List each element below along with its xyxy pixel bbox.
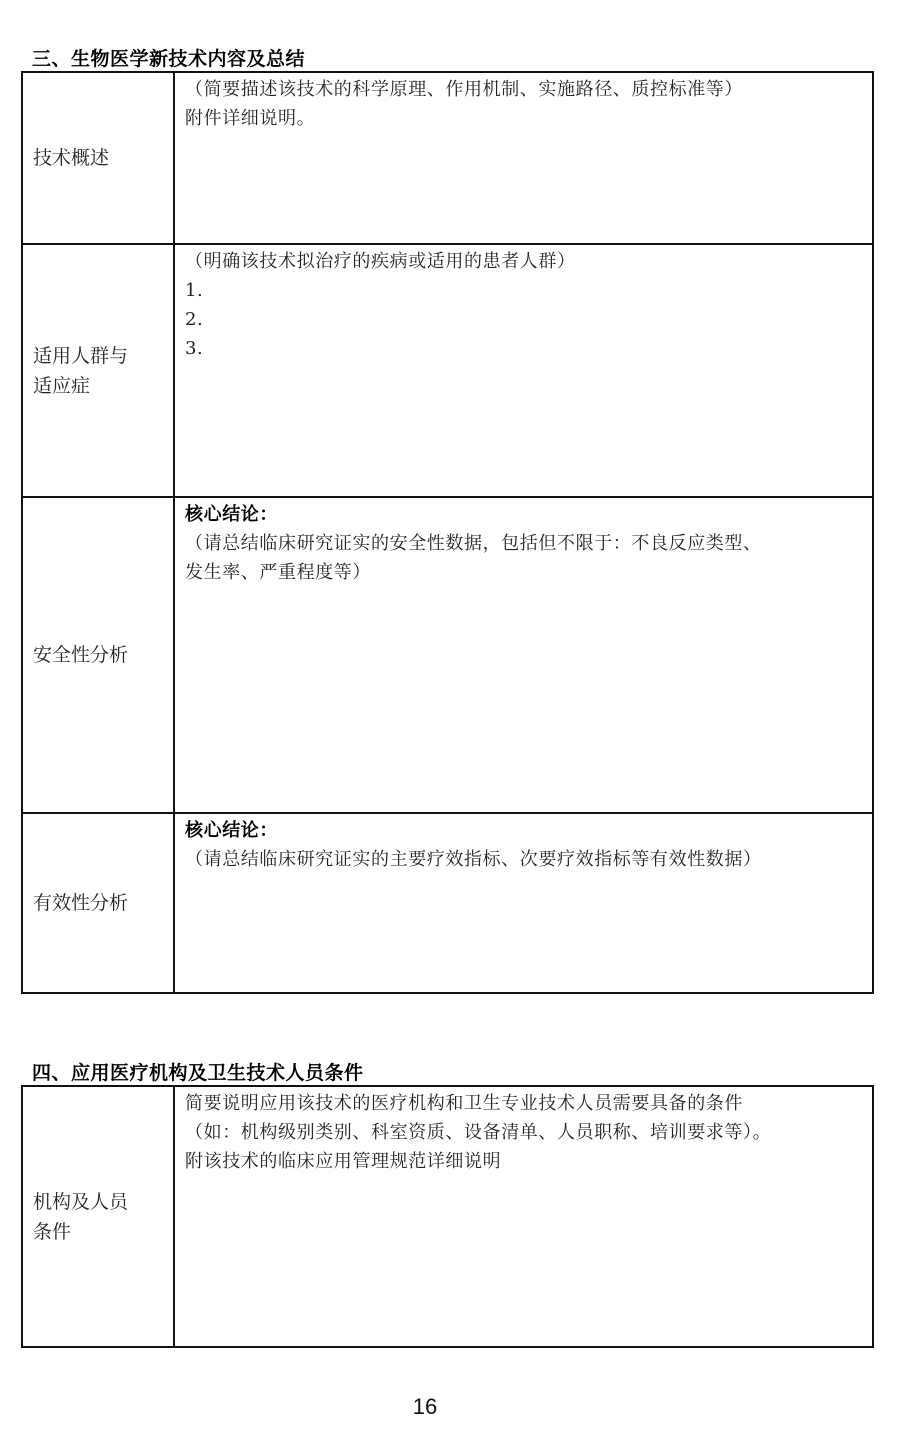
label-target-population: 适用人群与 适应症: [22, 244, 174, 497]
list-item-3: 3.: [185, 334, 864, 363]
list-item-2: 2.: [185, 305, 864, 334]
row-efficacy-analysis: 有效性分析 核心结论： （请总结临床研究证实的主要疗效指标、次要疗效指标等有效性…: [22, 813, 873, 993]
label-line: 适用人群与: [33, 341, 173, 371]
row-target-population: 适用人群与 适应症 （明确该技术拟治疗的疾病或适用的患者人群） 1. 2. 3.: [22, 244, 873, 497]
label-institution-personnel: 机构及人员 条件: [22, 1086, 174, 1347]
label-line: 条件: [33, 1217, 173, 1247]
instruction-text: （明确该技术拟治疗的疾病或适用的患者人群）: [185, 247, 864, 276]
instruction-text: 发生率、严重程度等）: [185, 558, 864, 587]
instruction-text: （请总结临床研究证实的主要疗效指标、次要疗效指标等有效性数据）: [185, 845, 864, 874]
instruction-text: （请总结临床研究证实的安全性数据，包括但不限于：不良反应类型、: [185, 529, 864, 558]
core-conclusion-heading: 核心结论：: [185, 816, 864, 845]
section-3-title: 三、生物医学新技术内容及总结: [32, 44, 305, 71]
content-technology-overview[interactable]: （简要描述该技术的科学原理、作用机制、实施路径、质控标准等） 附件详细说明。: [174, 72, 873, 244]
label-safety-analysis: 安全性分析: [22, 497, 174, 813]
row-safety-analysis: 安全性分析 核心结论： （请总结临床研究证实的安全性数据，包括但不限于：不良反应…: [22, 497, 873, 813]
section-4-table: 机构及人员 条件 简要说明应用该技术的医疗机构和卫生专业技术人员需要具备的条件 …: [21, 1085, 874, 1348]
content-efficacy-analysis[interactable]: 核心结论： （请总结临床研究证实的主要疗效指标、次要疗效指标等有效性数据）: [174, 813, 873, 993]
label-line: 适应症: [33, 371, 173, 401]
label-line: 机构及人员: [33, 1187, 173, 1217]
section-3-table: 技术概述 （简要描述该技术的科学原理、作用机制、实施路径、质控标准等） 附件详细…: [21, 71, 874, 994]
content-target-population[interactable]: （明确该技术拟治疗的疾病或适用的患者人群） 1. 2. 3.: [174, 244, 873, 497]
list-item-1: 1.: [185, 276, 864, 305]
instruction-text: 附件详细说明。: [185, 104, 864, 133]
row-institution-personnel: 机构及人员 条件 简要说明应用该技术的医疗机构和卫生专业技术人员需要具备的条件 …: [22, 1086, 873, 1347]
instruction-text: （简要描述该技术的科学原理、作用机制、实施路径、质控标准等）: [185, 75, 864, 104]
row-technology-overview: 技术概述 （简要描述该技术的科学原理、作用机制、实施路径、质控标准等） 附件详细…: [22, 72, 873, 244]
content-institution-personnel[interactable]: 简要说明应用该技术的医疗机构和卫生专业技术人员需要具备的条件 （如：机构级别类别…: [174, 1086, 873, 1347]
instruction-text: 附该技术的临床应用管理规范详细说明: [185, 1147, 864, 1176]
page-number: 16: [0, 1394, 850, 1420]
label-technology-overview: 技术概述: [22, 72, 174, 244]
content-safety-analysis[interactable]: 核心结论： （请总结临床研究证实的安全性数据，包括但不限于：不良反应类型、 发生…: [174, 497, 873, 813]
core-conclusion-heading: 核心结论：: [185, 500, 864, 529]
label-efficacy-analysis: 有效性分析: [22, 813, 174, 993]
section-4-title: 四、应用医疗机构及卫生技术人员条件: [32, 1058, 364, 1085]
instruction-text: 简要说明应用该技术的医疗机构和卫生专业技术人员需要具备的条件: [185, 1089, 864, 1118]
instruction-text: （如：机构级别类别、科室资质、设备清单、人员职称、培训要求等）。: [185, 1118, 864, 1147]
